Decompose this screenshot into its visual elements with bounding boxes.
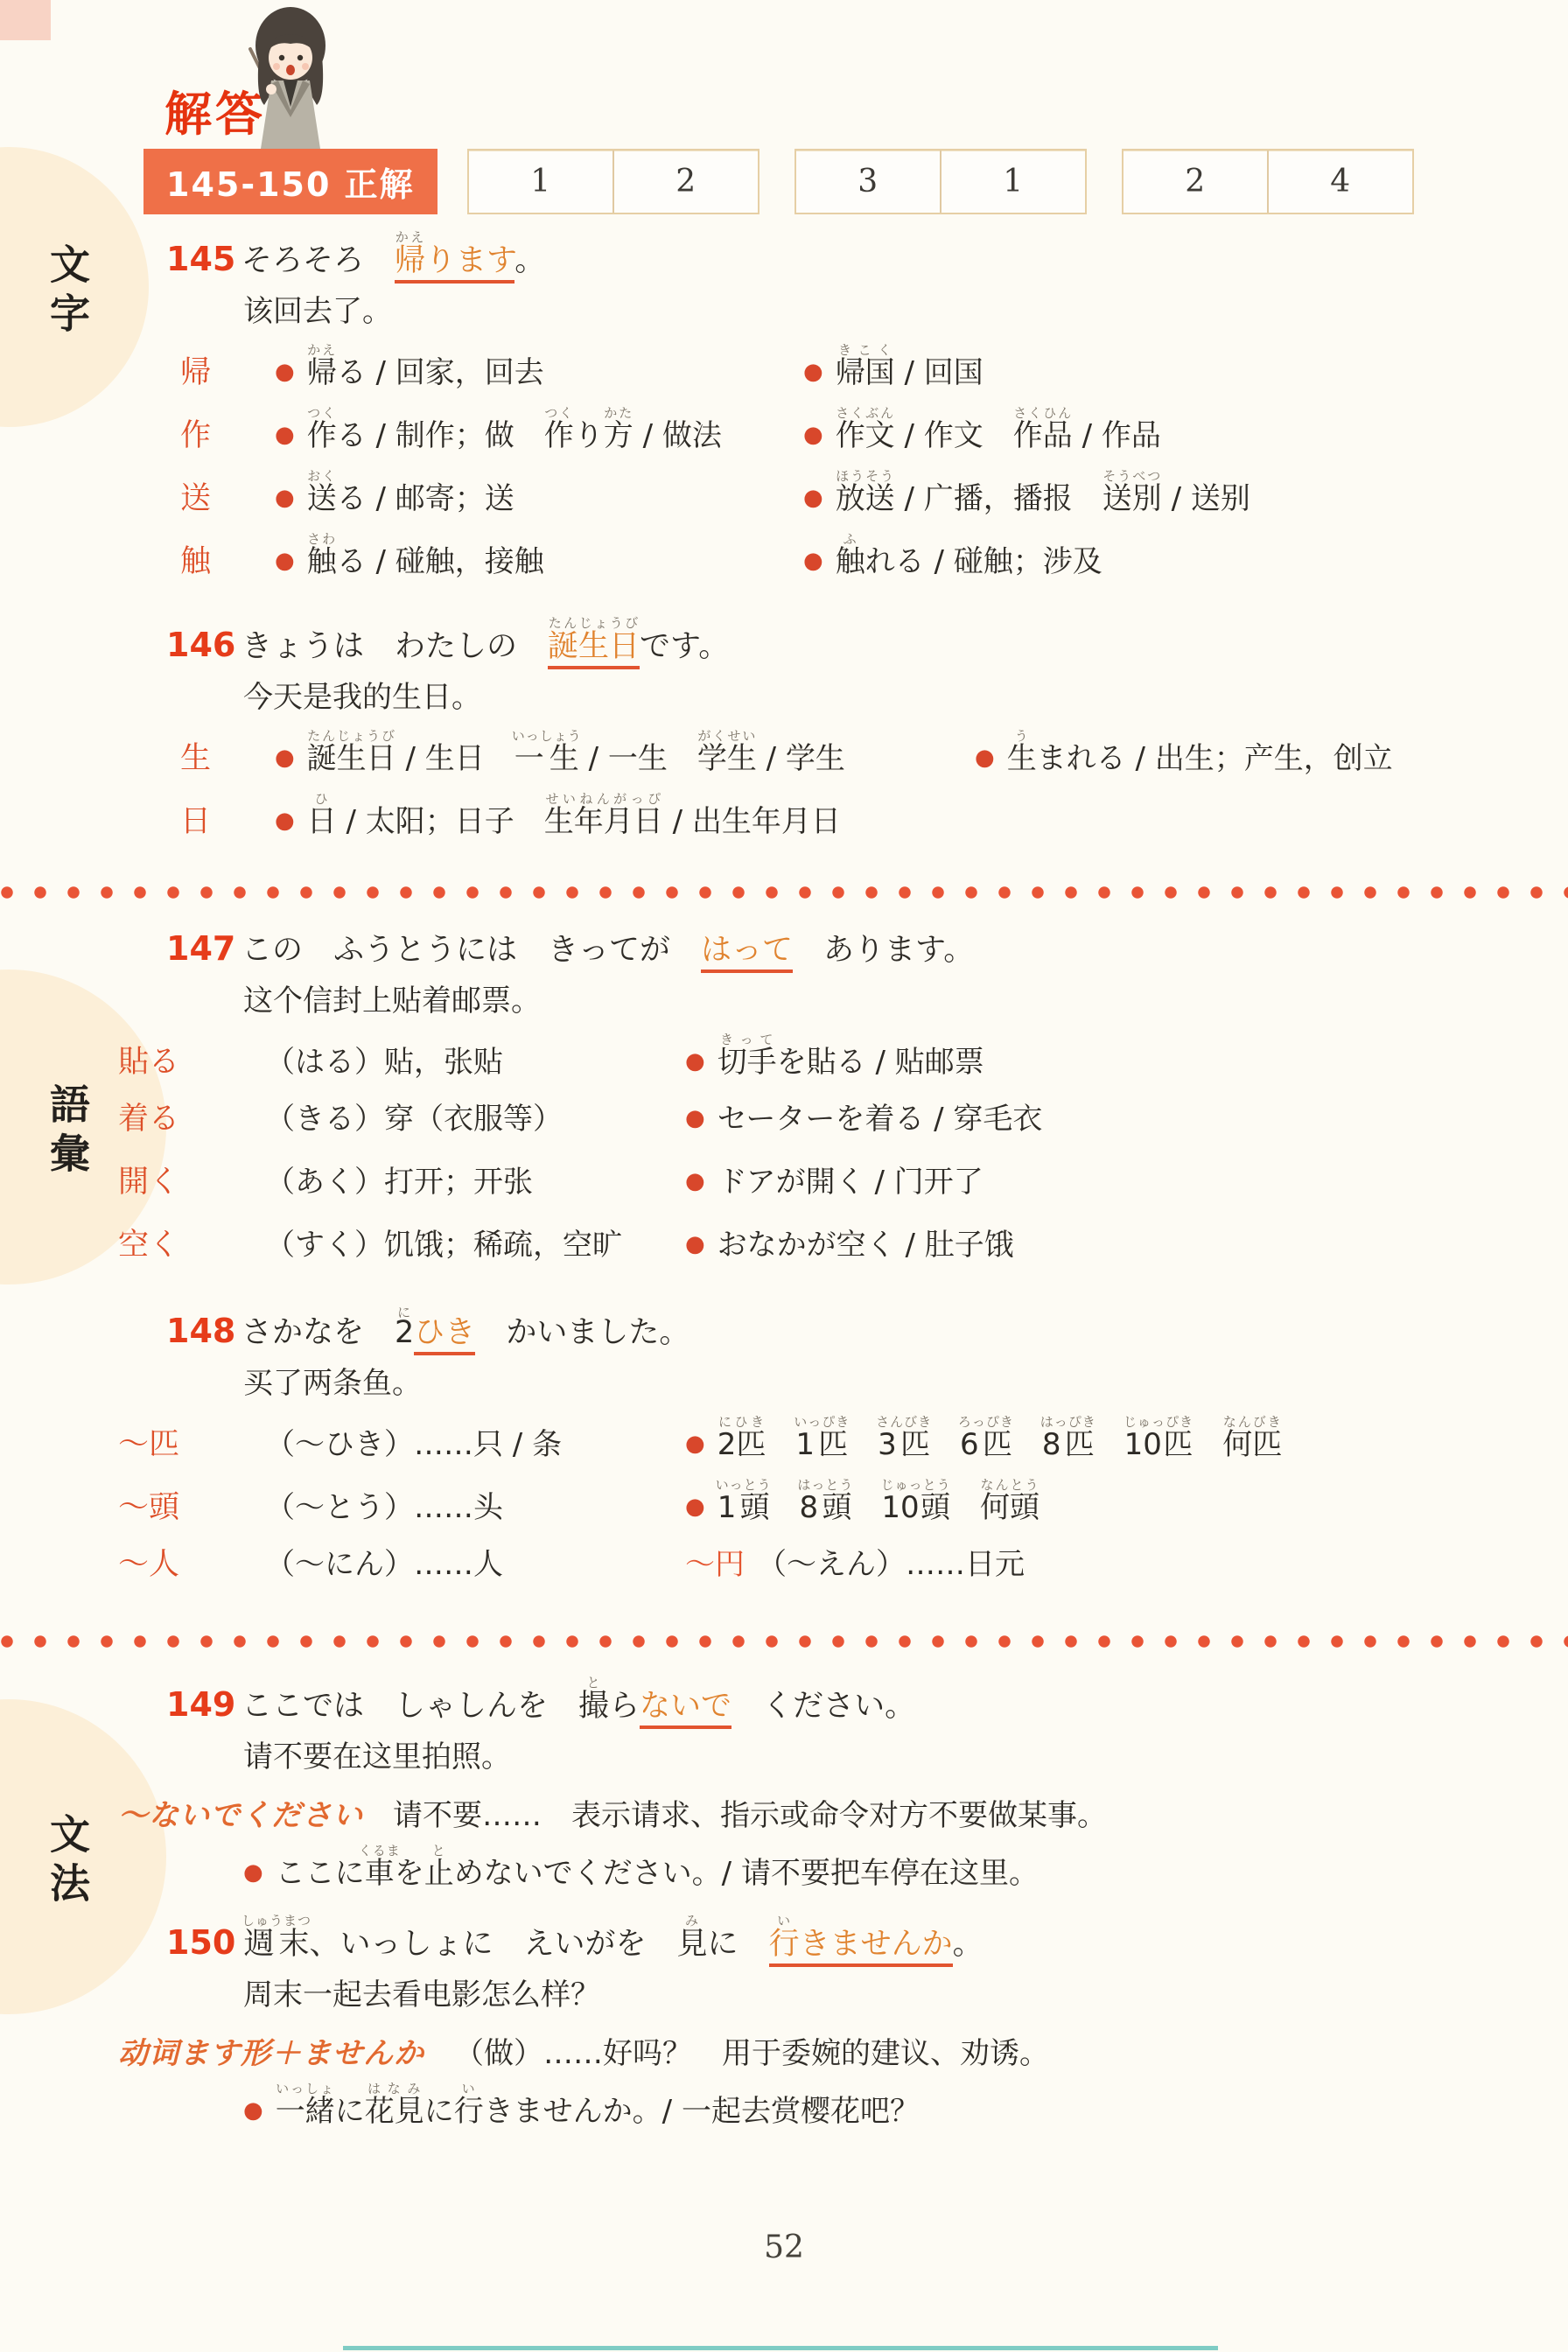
text-segment (1095, 1427, 1124, 1462)
vocab-cell: ●おなかが空く / 肚子饿 (685, 1221, 1505, 1263)
ruby-word: 週末しゅうまつ (241, 1927, 310, 1962)
question-block: 149ここでは しゃしんを 撮とらないで ください。 (166, 1675, 1505, 1725)
question-number: 145 (166, 240, 241, 278)
furigana: せいねんがっぴ (544, 791, 663, 807)
ruby-word: 一生いっしょう (514, 741, 579, 776)
text-segment: さかなを (241, 1315, 395, 1350)
vocab-headword: 生 (166, 734, 275, 778)
vocab-cell: ●送おくる / 邮寄；送 (275, 468, 803, 517)
text-segment: ドアが開く / 门开了 (717, 1165, 983, 1200)
vocab-cell: （〜とう）……头 (265, 1483, 685, 1526)
furigana: さわ (307, 531, 337, 547)
vocab-table: 帰●帰かえる / 回家，回去●帰国きこく / 回国作●作つくる / 制作；做 作… (166, 342, 1505, 594)
vocab-cell: ●ドアが開く / 门开了 (685, 1158, 1505, 1200)
answer-cell: 1 (940, 150, 1085, 213)
question-block: 145そろそろ 帰かえります。 (166, 229, 1505, 280)
text-segment: （〜にん）……人 (265, 1547, 503, 1582)
teacher-girl-illustration (233, 0, 348, 156)
vocab-cell: （すく）饥饿；稀疏，空旷 (265, 1221, 685, 1263)
ruby-word: 作文さくぶん (836, 418, 895, 453)
vocab-headword: 〜頭 (118, 1483, 265, 1527)
answer-group: 24 (1122, 149, 1414, 214)
furigana: がくせい (697, 728, 757, 744)
teacher-girl-icon (233, 0, 348, 152)
furigana: にひき (717, 1414, 766, 1430)
text-segment: / 学生 (757, 741, 845, 776)
ruby-word: 1匹いっぴき (795, 1427, 848, 1462)
vocab-row: 触●触さわる / 碰触，接触●触ふれる / 碰触；涉及 (166, 531, 1505, 594)
ruby-word: 2匹にひき (717, 1427, 766, 1462)
text-segment: （做）……好吗？ 用于委婉的建议、劝诱。 (454, 2036, 1049, 2071)
question-sentence: さかなを 2にひき かいました。 (241, 1315, 689, 1355)
chinese-translation: 该回去了。 (243, 287, 1505, 330)
ruby-word: 8頭はっとう (800, 1490, 852, 1525)
sidebar-label-bunpo: 文法 (38, 1813, 96, 1911)
highlighted-word: ひき (414, 1315, 475, 1355)
furigana: み (677, 1913, 708, 1928)
grammar-explanation: 请不要…… 表示请求、指示或命令对方不要做某事。 (393, 1798, 1107, 1833)
vocab-headword: 貼る (118, 1038, 265, 1081)
text-segment: （〜ひき）……只 / 条 (265, 1427, 562, 1462)
text-segment: （〜えん）……日元 (757, 1547, 1025, 1582)
ruby-word: 8匹はっぴき (1042, 1427, 1095, 1462)
vocab-headword: 日 (166, 797, 275, 841)
vocab-cell: ●放送ほうそう / 广播，播报 送別そうべつ / 送别 (803, 468, 1505, 517)
text-segment: ください。 (731, 1689, 915, 1724)
bottom-rule (343, 2346, 1218, 2350)
bullet-icon: ● (275, 485, 295, 511)
vocab-headword: 触 (166, 537, 275, 581)
example-sentence: ●一緒いっしょに花見はなみに行いきませんか。/ 一起去赏樱花吧？ (243, 2081, 1505, 2130)
ruby-word: 作品さくひん (1013, 418, 1073, 453)
furigana: さくぶん (836, 405, 895, 421)
text-segment: 。 (953, 1927, 983, 1962)
question-sentence: そろそろ 帰かえります。 (241, 243, 545, 283)
highlighted-word: ります (425, 243, 514, 283)
furigana: さんびき (876, 1414, 932, 1430)
furigana: なんびき (1222, 1414, 1282, 1430)
text-segment: ら (609, 1689, 640, 1724)
chinese-translation: 请不要在这里拍照。 (243, 1732, 1505, 1775)
vocab-cell: （〜にん）……人 (265, 1540, 685, 1583)
furigana: かえ (395, 229, 425, 245)
furigana: ふ (836, 531, 865, 547)
example-sentence: ●ここに車くるまを止とめないでください。/ 请不要把车停在这里。 (243, 1843, 1505, 1892)
text-segment: 、いっしょに えいがを (310, 1927, 677, 1962)
vocab-row: 着る（きる）穿（衣服等）●セーターを着る / 穿毛衣 (118, 1095, 1505, 1158)
bullet-icon: ● (803, 485, 823, 511)
text-segment: / 生日 (396, 741, 514, 776)
text-segment: （はる）贴，张贴 (265, 1045, 503, 1080)
highlighted-word: はって (701, 933, 793, 973)
vocab-table: 〜匹（〜ひき）……只 / 条●2匹にひき 1匹いっぴき 3匹さんびき 6匹ろっぴ… (118, 1414, 1505, 1603)
furigana: に (395, 1305, 414, 1320)
ruby-word: 一緒いっしょ (276, 2094, 335, 2129)
ruby-word: 作つく (544, 418, 574, 453)
text-segment: に (424, 2094, 454, 2129)
text-segment (950, 1490, 980, 1525)
question-number: 150 (166, 1923, 241, 1962)
text-segment: きょうは わたしの (241, 629, 548, 664)
vocab-row: 〜頭（〜とう）……头●1頭いっとう 8頭はっとう 10頭じゅっとう 何頭なんとう (118, 1477, 1505, 1540)
vocab-headword: 〜円 (685, 1547, 745, 1582)
text-segment: る / 回家，回去 (337, 355, 544, 390)
furigana: かた (604, 405, 633, 421)
furigana: はっとう (797, 1477, 853, 1493)
answer-bar: 145-150 正解 123124 (143, 149, 1414, 214)
ruby-word: 花見はなみ (365, 2094, 424, 2129)
vocab-cell: （あく）打开；开张 (265, 1158, 685, 1200)
text-segment (1012, 1427, 1042, 1462)
question-block: 146きょうは わたしの 誕生日たんじょうびです。 (166, 615, 1505, 666)
vocab-cell: ●切手きってを貼る / 贴邮票 (685, 1032, 1505, 1081)
answer-cell: 1 (469, 150, 612, 213)
furigana: たんじょうび (307, 728, 396, 744)
text-segment: きませんか。/ 一起去赏樱花吧？ (484, 2094, 920, 2129)
text-segment: セーターを着る / 穿毛衣 (717, 1102, 1043, 1137)
question-block: 147この ふうとうには きってが はって あります。 (166, 926, 1505, 969)
ruby-word: 日ひ (307, 804, 337, 839)
vocab-headword: 送 (166, 474, 275, 518)
ruby-word: 誕生日たんじょうび (307, 741, 396, 776)
furigana: きって (717, 1032, 777, 1047)
text-segment: / 作品 (1073, 418, 1161, 453)
furigana: ろっぴき (958, 1414, 1014, 1430)
grammar-pattern: 〜ないでください (118, 1798, 363, 1833)
furigana: じゅっとう (881, 1477, 951, 1493)
bullet-icon: ● (685, 1048, 705, 1074)
highlighted-word: きませんか (800, 1927, 953, 1967)
answer-groups: 123124 (467, 149, 1414, 214)
ruby-word: 何頭なんとう (980, 1490, 1039, 1525)
text-segment: ここに (276, 1856, 365, 1891)
vocab-headword: 〜人 (118, 1540, 265, 1584)
text-segment: です。 (640, 629, 729, 664)
text-segment: を貼る / 贴邮票 (777, 1045, 984, 1080)
text-segment (930, 1427, 960, 1462)
text-segment: / 回国 (895, 355, 983, 390)
bullet-icon: ● (243, 2097, 263, 2124)
furigana: そうべつ (1102, 468, 1162, 484)
furigana: くるま (359, 1843, 401, 1858)
text-segment (770, 1490, 800, 1525)
ruby-word: 生年月日せいねんがっぴ (544, 804, 663, 839)
vocab-cell: ●帰かえる / 回家，回去 (275, 342, 803, 391)
text-segment: ここでは しゃしんを (241, 1689, 578, 1724)
grammar-explanation: （做）……好吗？ 用于委婉的建议、劝诱。 (454, 2036, 1049, 2071)
vocab-table: 生●誕生日たんじょうび / 生日 一生いっしょう / 一生 学生がくせい / 学… (166, 728, 1505, 854)
furigana: いっぴき (794, 1414, 850, 1430)
question-sentence: この ふうとうには きってが はって あります。 (241, 933, 974, 973)
text-segment: （きる）穿（衣服等） (265, 1102, 563, 1137)
furigana: う (1007, 728, 1037, 744)
ruby-word: 学生がくせい (697, 741, 757, 776)
text-segment: に (708, 1927, 769, 1962)
text-segment: / 作文 (895, 418, 1013, 453)
sidebar-label-goi: 語彙 (38, 1083, 96, 1181)
text-segment: 。 (514, 243, 545, 278)
furigana: かえ (307, 342, 337, 358)
vocab-cell: ●1頭いっとう 8頭はっとう 10頭じゅっとう 何頭なんとう (685, 1477, 1505, 1526)
vocab-cell: （きる）穿（衣服等） (265, 1095, 685, 1137)
text-segment: あります。 (793, 933, 974, 968)
text-segment (1193, 1427, 1222, 1462)
vocab-row: 開く（あく）打开；开张●ドアが開く / 门开了 (118, 1158, 1505, 1221)
grammar-note: 动词ます形＋ませんか（做）……好吗？ 用于委婉的建议、劝诱。 (118, 2029, 1505, 2072)
answer-cell: 4 (1267, 150, 1412, 213)
vocab-headword: 〜匹 (118, 1420, 265, 1464)
vocab-row: 送●送おくる / 邮寄；送●放送ほうそう / 广播，播报 送別そうべつ / 送别 (166, 468, 1505, 531)
ruby-word: 作つく (307, 418, 337, 453)
vocab-row: 空く（すく）饥饿；稀疏，空旷●おなかが空く / 肚子饿 (118, 1221, 1505, 1284)
bullet-icon: ● (275, 422, 295, 448)
furigana: きこく (836, 342, 895, 358)
vocab-cell: ●生うまれる / 出生；产生，创立 (975, 728, 1505, 777)
chinese-translation: 今天是我的生日。 (243, 673, 1505, 716)
ruby-word: 10頭じゅっとう (881, 1490, 950, 1525)
text-segment (848, 1427, 878, 1462)
highlighted-ruby-word: 誕生日たんじょうび (548, 629, 640, 669)
text-segment: る / 碰触，接触 (337, 544, 544, 579)
furigana: と (424, 1843, 454, 1858)
question-number: 148 (166, 1312, 241, 1350)
furigana: じゅっぴき (1123, 1414, 1193, 1430)
text-segment: り (574, 418, 604, 453)
vocab-cell: ●作つくる / 制作；做 作つくり方かた / 做法 (275, 405, 803, 454)
bullet-icon: ● (975, 745, 995, 771)
furigana: つく (544, 405, 574, 421)
vocab-row: 〜人（〜にん）……人〜円（〜えん）……日元 (118, 1540, 1505, 1603)
furigana: おく (307, 468, 337, 484)
text-segment: に (335, 2094, 365, 2129)
vocab-cell: ●日ひ / 太阳；日子 生年月日せいねんがっぴ / 出生年月日 (275, 791, 975, 840)
text-segment: （あく）打开；开张 (265, 1165, 533, 1200)
vocab-row: 作●作つくる / 制作；做 作つくり方かた / 做法●作文さくぶん / 作文 作… (166, 405, 1505, 468)
ruby-word: 2に (395, 1315, 414, 1350)
ruby-word: 見み (677, 1927, 708, 1962)
bullet-icon: ● (685, 1494, 705, 1520)
vocab-cell: ●帰国きこく / 回国 (803, 342, 1505, 391)
vocab-cell: ●2匹にひき 1匹いっぴき 3匹さんびき 6匹ろっぴき 8匹はっぴき 10匹じゅ… (685, 1414, 1505, 1463)
vocab-cell: （はる）贴，张贴 (265, 1038, 685, 1081)
vocab-cell: （〜ひき）……只 / 条 (265, 1420, 685, 1463)
text-segment: （〜とう）……头 (265, 1490, 503, 1525)
ruby-word: 何匹なんびき (1222, 1427, 1282, 1462)
highlighted-word: ないで (640, 1689, 731, 1729)
furigana: はっぴき (1040, 1414, 1096, 1430)
vocab-headword: 帰 (166, 348, 275, 392)
bullet-icon: ● (275, 548, 295, 574)
text-segment: おなかが空く / 肚子饿 (717, 1228, 1014, 1263)
ruby-word: 方かた (604, 418, 633, 453)
text-segment: / 太阳；日子 (337, 804, 544, 839)
text-segment: かいました。 (475, 1315, 689, 1350)
text-segment: / 出生年月日 (663, 804, 841, 839)
vocab-row: 日●日ひ / 太阳；日子 生年月日せいねんがっぴ / 出生年月日 (166, 791, 1505, 854)
vocab-row: 帰●帰かえる / 回家，回去●帰国きこく / 回国 (166, 342, 1505, 405)
dotted-separator (0, 1634, 1568, 1648)
question-block: 148さかなを 2にひき かいました。 (166, 1305, 1505, 1352)
ruby-word: 帰国きこく (836, 355, 895, 390)
ruby-word: 撮と (578, 1689, 609, 1724)
vocab-cell: 〜円（〜えん）……日元 (685, 1540, 1505, 1583)
highlighted-ruby-word: 行い (769, 1927, 800, 1967)
corner-decoration (0, 0, 51, 40)
bullet-icon: ● (275, 808, 295, 834)
furigana: ひ (307, 791, 337, 807)
furigana: はなみ (365, 2081, 424, 2096)
furigana: いっしょ (276, 2081, 335, 2096)
furigana: さくひん (1013, 405, 1073, 421)
text-segment: / 做法 (633, 418, 722, 453)
bullet-icon: ● (685, 1231, 705, 1257)
question-number: 149 (166, 1685, 241, 1724)
ruby-word: 止と (424, 1856, 454, 1891)
question-number: 146 (166, 626, 241, 664)
bullet-icon: ● (243, 1859, 263, 1886)
grammar-note: 〜ないでください请不要…… 表示请求、指示或命令对方不要做某事。 (118, 1791, 1505, 1834)
furigana: と (578, 1675, 609, 1690)
furigana: いっとう (716, 1477, 772, 1493)
ruby-word: 触さわ (307, 544, 337, 579)
question-number: 147 (166, 929, 241, 968)
bullet-icon: ● (685, 1431, 705, 1457)
ruby-word: 車くるま (365, 1856, 395, 1891)
vocab-row: 〜匹（〜ひき）……只 / 条●2匹にひき 1匹いっぴき 3匹さんびき 6匹ろっぴ… (118, 1414, 1505, 1477)
answer-cell: 3 (796, 150, 940, 213)
text-segment: まれる / 出生；产生，创立 (1037, 741, 1393, 776)
text-segment: る / 邮寄；送 (337, 481, 514, 516)
text-segment: / 广播，播报 (895, 481, 1102, 516)
ruby-word: 1頭いっとう (717, 1490, 770, 1525)
chinese-translation: 周末一起去看电影怎么样？ (243, 1970, 1505, 2013)
furigana: ほうそう (836, 468, 895, 484)
sidebar-label-moji: 文字 (38, 243, 96, 341)
ruby-word: 行い (454, 2094, 484, 2129)
vocab-headword: 開く (118, 1158, 265, 1201)
vocab-table: 貼る（はる）贴，张贴●切手きってを貼る / 贴邮票着る（きる）穿（衣服等）●セー… (118, 1032, 1505, 1284)
text-segment: （すく）饥饿；稀疏，空旷 (265, 1228, 622, 1263)
vocab-cell: ●触さわる / 碰触，接触 (275, 531, 803, 580)
ruby-word: 切手きって (717, 1045, 777, 1080)
vocab-row: 貼る（はる）贴，张贴●切手きってを貼る / 贴邮票 (118, 1032, 1505, 1095)
text-segment (851, 1490, 881, 1525)
vocab-headword: 着る (118, 1095, 265, 1138)
furigana: い (769, 1913, 800, 1928)
furigana: いっしょう (512, 728, 582, 744)
vocab-headword: 空く (118, 1221, 265, 1264)
vocab-cell: ●触ふれる / 碰触；涉及 (803, 531, 1505, 580)
bullet-icon: ● (803, 422, 823, 448)
ruby-word: 送おく (307, 481, 337, 516)
answer-cell: 2 (1123, 150, 1267, 213)
page-number: 52 (0, 2229, 1568, 2265)
furigana: い (454, 2081, 484, 2096)
text-segment: る / 制作；做 (337, 418, 544, 453)
text-segment: / 一生 (579, 741, 697, 776)
bullet-icon: ● (275, 745, 295, 771)
dotted-separator (0, 885, 1568, 899)
highlighted-ruby-word: 帰かえ (395, 243, 425, 283)
answer-group: 12 (467, 149, 759, 214)
text-segment: めないでください。/ 请不要把车停在这里。 (454, 1856, 1039, 1891)
text-segment: この ふうとうには きってが (241, 933, 701, 968)
bullet-icon: ● (275, 359, 295, 385)
ruby-word: 放送ほうそう (836, 481, 895, 516)
vocab-cell: ●誕生日たんじょうび / 生日 一生いっしょう / 一生 学生がくせい / 学生 (275, 728, 975, 777)
vocab-cell: ●作文さくぶん / 作文 作品さくひん / 作品 (803, 405, 1505, 454)
ruby-word: 3匹さんびき (878, 1427, 930, 1462)
answer-key-content: 145そろそろ 帰かえります。该回去了。帰●帰かえる / 回家，回去●帰国きこく… (166, 229, 1505, 2140)
vocab-row: 生●誕生日たんじょうび / 生日 一生いっしょう / 一生 学生がくせい / 学… (166, 728, 1505, 791)
ruby-word: 生う (1007, 741, 1037, 776)
question-sentence: きょうは わたしの 誕生日たんじょうびです。 (241, 629, 729, 669)
vocab-headword: 作 (166, 411, 275, 455)
ruby-word: 帰かえ (307, 355, 337, 390)
text-segment: そろそろ (241, 243, 395, 278)
question-sentence: ここでは しゃしんを 撮とらないで ください。 (241, 1689, 915, 1729)
furigana: つく (307, 405, 337, 421)
answer-cell: 2 (612, 150, 758, 213)
text-segment: 请不要…… 表示请求、指示或命令对方不要做某事。 (393, 1798, 1107, 1833)
text-segment: / 送别 (1162, 481, 1250, 516)
vocab-cell: ●セーターを着る / 穿毛衣 (685, 1095, 1505, 1137)
answer-range-label: 145-150 正解 (143, 149, 437, 214)
question-sentence: 週末しゅうまつ、いっしょに えいがを 見みに 行いきませんか。 (241, 1927, 983, 1967)
grammar-pattern: 动词ます形＋ませんか (118, 2036, 424, 2071)
bullet-icon: ● (803, 548, 823, 574)
bullet-icon: ● (803, 359, 823, 385)
bullet-icon: ● (685, 1105, 705, 1131)
chinese-translation: 这个信封上贴着邮票。 (243, 976, 1505, 1019)
ruby-word: 10匹じゅっぴき (1124, 1427, 1193, 1462)
furigana: たんじょうび (548, 615, 640, 631)
answer-group: 31 (794, 149, 1087, 214)
text-segment: を (395, 1856, 424, 1891)
text-segment: れる / 碰触；涉及 (865, 544, 1102, 579)
ruby-word: 6匹ろっぴき (960, 1427, 1012, 1462)
furigana: なんとう (980, 1477, 1039, 1493)
question-block: 150週末しゅうまつ、いっしょに えいがを 見みに 行いきませんか。 (166, 1913, 1505, 1963)
ruby-word: 送別そうべつ (1102, 481, 1162, 516)
chinese-translation: 买了两条鱼。 (243, 1359, 1505, 1402)
furigana: しゅうまつ (241, 1913, 311, 1928)
bullet-icon: ● (685, 1168, 705, 1194)
text-segment (766, 1427, 795, 1462)
ruby-word: 触ふ (836, 544, 865, 579)
